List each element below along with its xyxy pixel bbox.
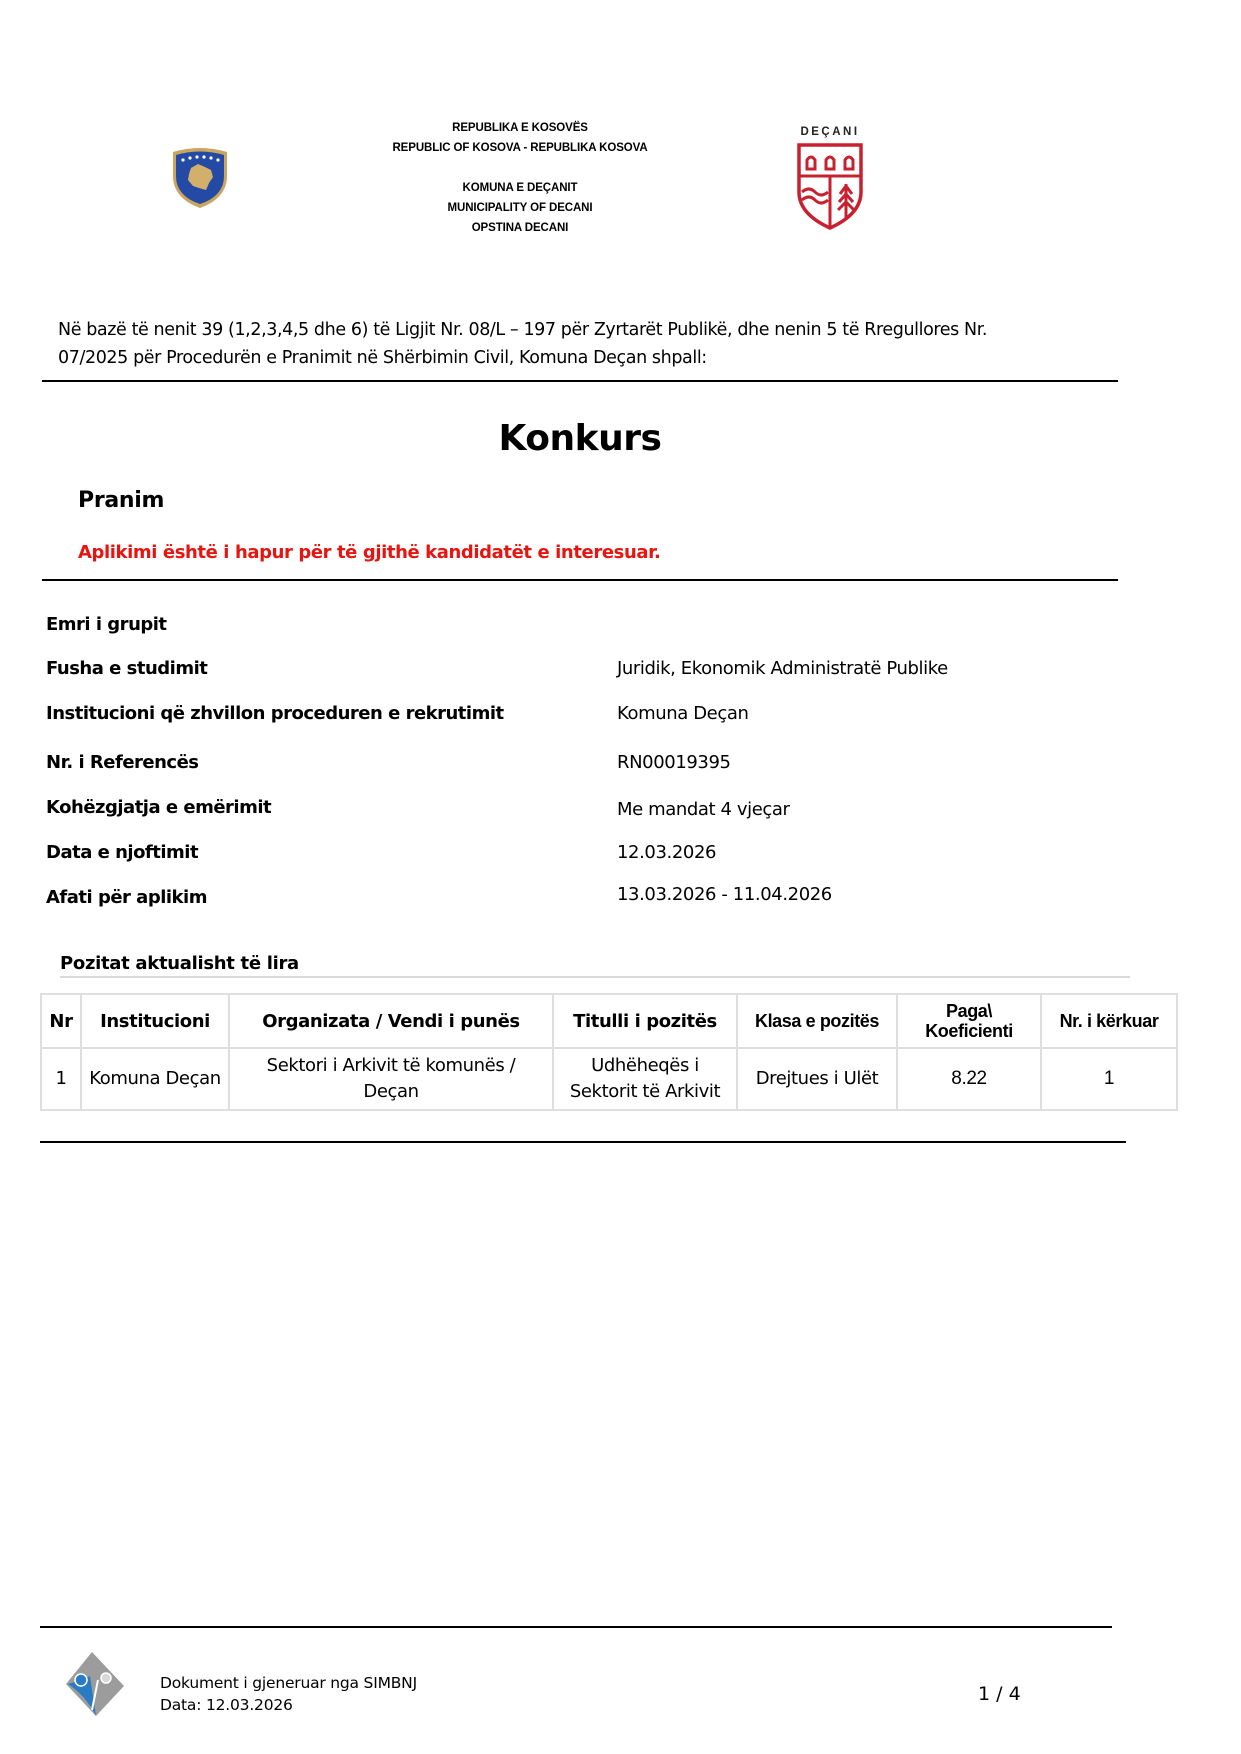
column-header-organization: Organizata / Vendi i punës bbox=[229, 994, 553, 1048]
info-label-field-of-study: Fusha e studimit bbox=[46, 658, 207, 679]
table-row: 1 Komuna Deçan Sektori i Arkivit të komu… bbox=[41, 1048, 1177, 1110]
cell-organization: Sektori i Arkivit të komunës / Deçan bbox=[229, 1048, 553, 1110]
header-line: REPUBLIC OF KOSOVA - REPUBLIKA KOSOVA bbox=[340, 138, 700, 158]
info-value-field-of-study: Juridik, Ekonomik Administratë Publike bbox=[617, 658, 948, 679]
column-header-position-title: Titulli i pozitës bbox=[553, 994, 737, 1048]
info-label-group-name: Emri i grupit bbox=[46, 614, 167, 635]
info-label-appointment-duration: Kohëzgjatja e emërimit bbox=[46, 797, 271, 818]
cell-position-title: Udhëheqës i Sektorit të Arkivit bbox=[553, 1048, 737, 1110]
info-value-application-deadline: 13.03.2026 - 11.04.2026 bbox=[617, 884, 832, 905]
section-divider bbox=[60, 976, 1130, 978]
column-header-required-count: Nr. i kërkuar bbox=[1041, 994, 1177, 1048]
kosovo-coat-of-arms-icon bbox=[171, 146, 229, 210]
cell-position-class: Drejtues i Ulët bbox=[737, 1048, 897, 1110]
announcement-type: Pranim bbox=[78, 488, 164, 513]
divider bbox=[40, 1141, 1126, 1143]
info-label-reference-number: Nr. i Referencës bbox=[46, 752, 199, 773]
eligibility-notice: Aplikimi është i hapur për të gjithë kan… bbox=[78, 542, 660, 563]
positions-table: Nr Institucioni Organizata / Vendi i pun… bbox=[40, 993, 1178, 1111]
column-header-institution: Institucioni bbox=[81, 994, 229, 1048]
generated-date-text: Data: 12.03.2026 bbox=[160, 1694, 417, 1716]
page-title: Konkurs bbox=[0, 418, 1160, 459]
decani-emblem: DEÇANI bbox=[790, 126, 870, 234]
column-header-salary-coefficient: Paga\ Koeficienti bbox=[897, 994, 1041, 1048]
decani-label: DEÇANI bbox=[790, 126, 870, 138]
legal-basis-text: Në bazë të nenit 39 (1,2,3,4,5 dhe 6) të… bbox=[58, 316, 1098, 372]
footer-info: Dokument i gjeneruar nga SIMBNJ Data: 12… bbox=[160, 1672, 417, 1716]
column-header-nr: Nr bbox=[41, 994, 81, 1048]
info-value-appointment-duration: Me mandat 4 vjeçar bbox=[617, 799, 790, 820]
cell-institution: Komuna Deçan bbox=[81, 1048, 229, 1110]
info-value-notice-date: 12.03.2026 bbox=[617, 842, 716, 863]
simbnj-logo-icon bbox=[62, 1650, 126, 1718]
positions-section-title: Pozitat aktualisht të lira bbox=[60, 953, 299, 974]
cell-salary-coefficient: 8.22 bbox=[897, 1048, 1041, 1110]
legal-basis-line: 07/2025 për Procedurën e Pranimit në Shë… bbox=[58, 344, 1098, 372]
footer-divider bbox=[40, 1626, 1112, 1628]
divider bbox=[42, 579, 1118, 581]
divider bbox=[42, 380, 1118, 382]
header-line: MUNICIPALITY OF DECANI bbox=[340, 198, 700, 218]
table-header-row: Nr Institucioni Organizata / Vendi i pun… bbox=[41, 994, 1177, 1048]
column-header-position-class: Klasa e pozitës bbox=[737, 994, 897, 1048]
header-line: KOMUNA E DEÇANIT bbox=[340, 178, 700, 198]
generated-by-text: Dokument i gjeneruar nga SIMBNJ bbox=[160, 1672, 417, 1694]
legal-basis-line: Në bazë të nenit 39 (1,2,3,4,5 dhe 6) të… bbox=[58, 316, 1098, 344]
decani-coat-of-arms-icon bbox=[795, 142, 865, 232]
cell-nr: 1 bbox=[41, 1048, 81, 1110]
issuer-header: REPUBLIKA E KOSOVËS REPUBLIC OF KOSOVA -… bbox=[340, 118, 700, 238]
info-label-application-deadline: Afati për aplikim bbox=[46, 887, 207, 908]
header-line: OPSTINA DECANI bbox=[340, 218, 700, 238]
cell-required-count: 1 bbox=[1041, 1048, 1177, 1110]
page-number: 1 / 4 bbox=[978, 1683, 1021, 1705]
info-value-institution: Komuna Deçan bbox=[617, 703, 749, 724]
info-value-reference-number: RN00019395 bbox=[617, 752, 731, 773]
info-label-notice-date: Data e njoftimit bbox=[46, 842, 198, 863]
info-label-institution: Institucioni që zhvillon proceduren e re… bbox=[46, 703, 504, 724]
header-line: REPUBLIKA E KOSOVËS bbox=[340, 118, 700, 138]
